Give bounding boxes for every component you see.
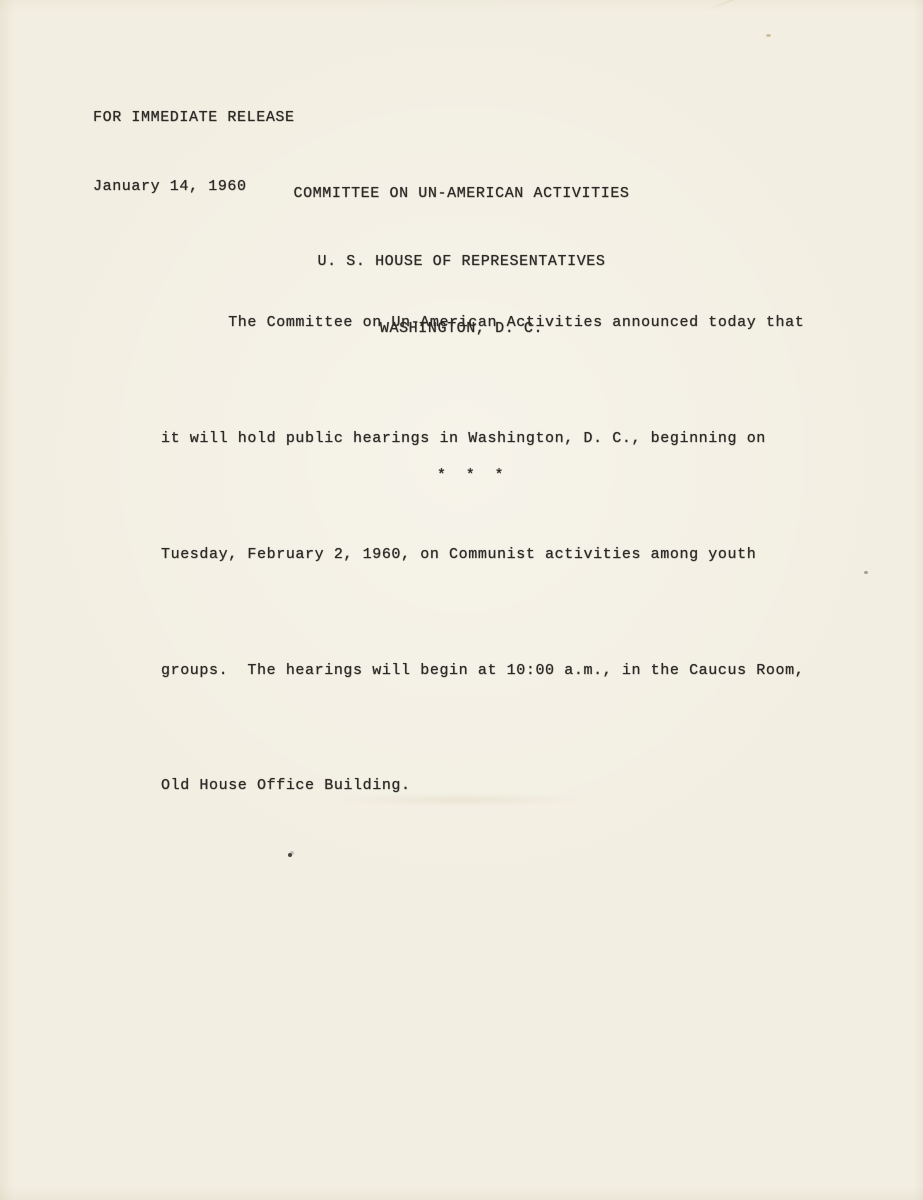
release-label: FOR IMMEDIATE RELEASE <box>93 106 295 129</box>
paragraph-line: Tuesday, February 2, 1960, on Communist … <box>161 536 804 575</box>
paper-scratch-dot <box>766 34 771 37</box>
paper-speck <box>288 853 292 857</box>
paragraph-line: The Committee on Un-American Activities … <box>161 304 804 343</box>
paper-speck <box>864 571 868 574</box>
scanned-document-page: FOR IMMEDIATE RELEASE January 14, 1960 C… <box>0 0 923 1200</box>
paper-scratch <box>705 0 859 12</box>
paper-smudge <box>330 793 590 807</box>
announcement-paragraph: The Committee on Un-American Activities … <box>161 227 804 883</box>
letterhead-committee: COMMITTEE ON UN-AMERICAN ACTIVITIES <box>0 183 923 206</box>
paragraph-line: groups. The hearings will begin at 10:00… <box>161 652 804 691</box>
asterisk-separator: * * * <box>9 464 923 487</box>
paragraph-line: it will hold public hearings in Washingt… <box>161 420 804 459</box>
